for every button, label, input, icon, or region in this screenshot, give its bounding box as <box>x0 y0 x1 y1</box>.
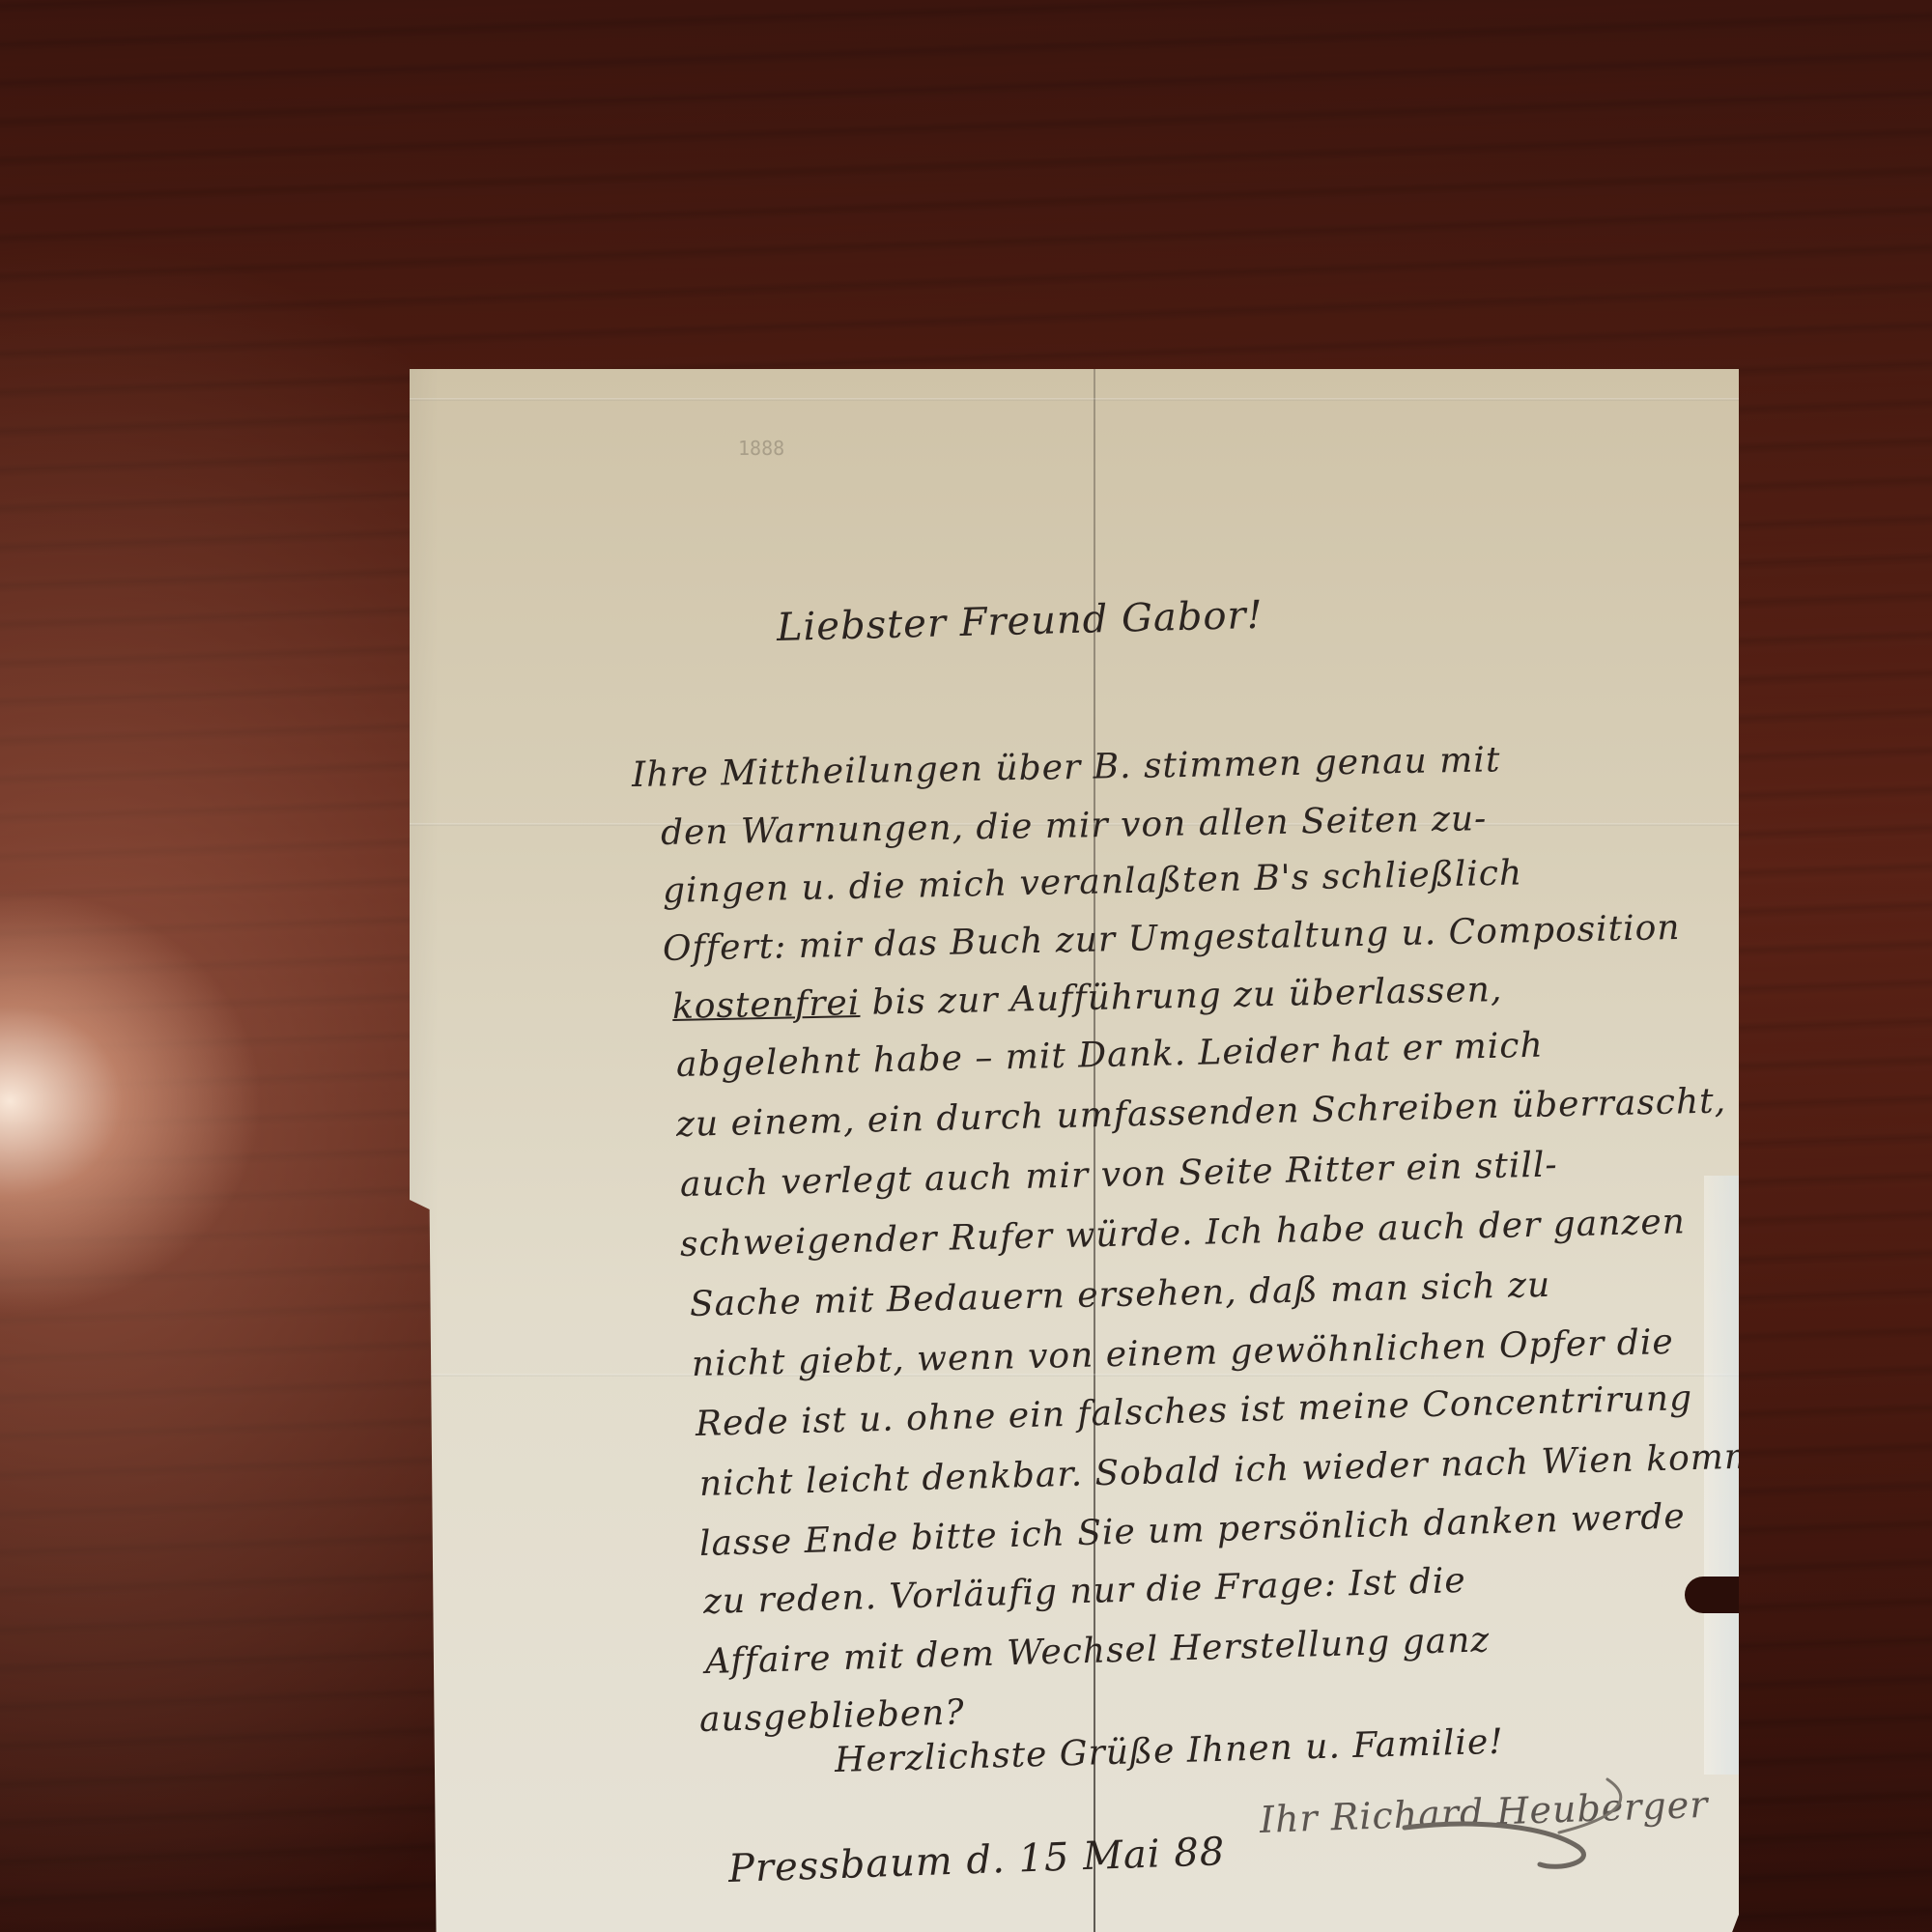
letter-line: kostenfrei bis zur Aufführung zu überlas… <box>672 970 1503 1027</box>
letter-line: abgelehnt habe – mit Dank. Leider hat er… <box>676 1026 1545 1085</box>
letter-line: zu reden. Vorläufig nur die Frage: Ist d… <box>702 1561 1466 1622</box>
underlined-word: kostenfrei <box>672 983 861 1027</box>
letter-line: ausgeblieben? <box>698 1692 965 1740</box>
letter-line: den Warnungen, die mir von allen Seiten … <box>661 799 1488 853</box>
signature-prefix: Ihr <box>1259 1797 1319 1841</box>
letter-line: Affaire mit dem Wechsel Herstellung ganz <box>704 1620 1490 1682</box>
letter-line: zu einem, ein durch umfassenden Schreibe… <box>676 1081 1727 1145</box>
pencil-annotation: 1888 <box>738 437 784 460</box>
place-date: Pressbaum d. 15 Mai 88 <box>727 1830 1226 1891</box>
letter-line: Rede ist u. ohne ein falsches ist meine … <box>695 1378 1692 1444</box>
letter-line: nicht leicht denkbar. Sobald ich wieder … <box>698 1436 1779 1504</box>
letter-line: Ihre Mittheilungen über B. stimmen genau… <box>632 740 1501 795</box>
letter-line: lasse Ende bitte ich Sie um persönlich d… <box>698 1497 1686 1564</box>
letter-line: Offert: mir das Buch zur Umgestaltung u.… <box>663 908 1681 969</box>
letter-line: Sache mit Bedauern ersehen, daß man sich… <box>690 1265 1551 1324</box>
signature-flourish <box>1366 1760 1656 1895</box>
horizontal-crease <box>410 398 1739 401</box>
letter-line: auch verlegt auch mir von Seite Ritter e… <box>680 1145 1558 1205</box>
salutation: Liebster Freund Gabor! <box>776 593 1264 650</box>
letter-paper: 1888 Liebster Freund Gabor! Ihre Mitthei… <box>410 369 1739 1932</box>
letter-line: schweigender Rufer würde. Ich habe auch … <box>680 1202 1687 1264</box>
